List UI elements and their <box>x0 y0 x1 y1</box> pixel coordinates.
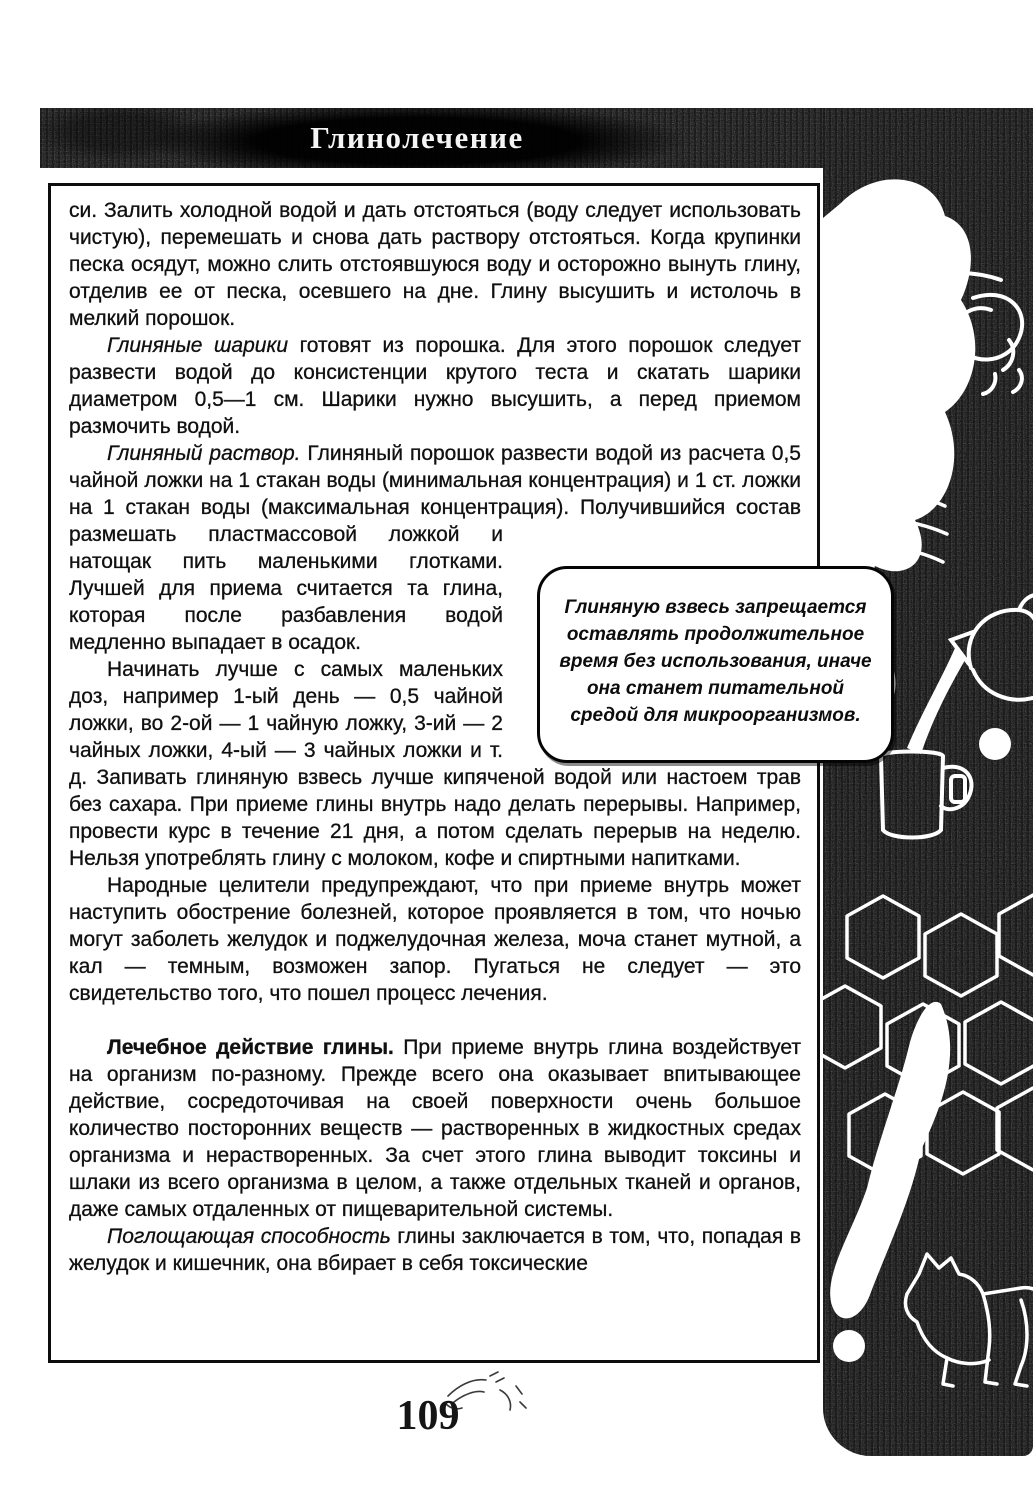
paragraph-lead-italic: Глиняные шарики <box>107 334 288 357</box>
pour-stream <box>907 648 965 754</box>
mug-doodle <box>881 752 971 838</box>
cat-doodle <box>905 1254 1033 1386</box>
callout-note-text: Глиняную взвесь запрещается оставлять пр… <box>556 594 875 729</box>
page-title: Глинолечение <box>252 118 582 158</box>
paragraph-healing-action: Лечебное действие глины. При приеме внут… <box>69 1034 801 1223</box>
callout-note-box: Глиняную взвесь запрещается оставлять пр… <box>537 566 894 763</box>
paragraph-washing: си. Залить холодной водой и дать отстоят… <box>69 197 801 332</box>
teapot-pouring-doodle <box>951 595 1033 760</box>
paragraph-healers-warning: Народные целители предупреждают, что при… <box>69 872 801 1007</box>
paragraph-absorption: Поглощающая способность глины заключаетс… <box>69 1223 801 1277</box>
decorative-sidebar <box>823 108 1033 1456</box>
book-page-scan: Глинолечение Глава 6 <box>0 0 1033 1500</box>
main-text-box: си. Залить холодной водой и дать отстоят… <box>48 183 820 1363</box>
glow-dot <box>979 728 1011 760</box>
paragraph-clay-balls: Глиняные шарики готовят из порошка. Для … <box>69 332 801 440</box>
paragraph-text: При приеме внутрь глина воздействует на … <box>69 1036 801 1221</box>
paragraph-lead-italic: Поглощающая способность <box>107 1225 391 1248</box>
sidebar-line-art <box>823 108 1033 1456</box>
paragraph-lead-bold: Лечебное действие глины. <box>107 1036 394 1059</box>
light-streak-doodle <box>830 1002 950 1319</box>
page-number: 109 <box>388 1392 468 1440</box>
light-dot <box>833 1330 865 1362</box>
paragraph-lead-italic: Глиняный раствор. <box>107 442 300 465</box>
